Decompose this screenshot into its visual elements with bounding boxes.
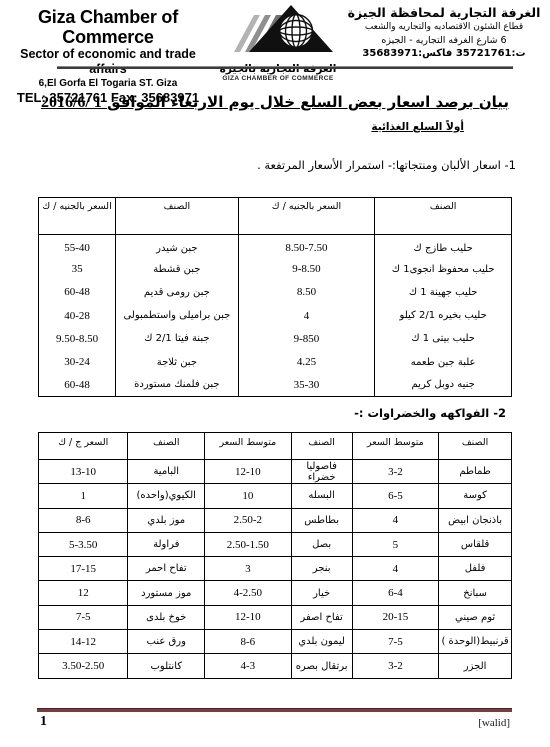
price-cell: 2.50-2	[205, 508, 292, 532]
column-header-avg-price: متوسط السعر	[205, 433, 292, 460]
item-cell: جبن ثلاجة	[116, 350, 239, 373]
item-cell: طماطم	[439, 460, 512, 484]
item-cell: ورق عنب	[128, 630, 205, 654]
item-cell: جبن براميلى واستطمبولى	[116, 304, 239, 327]
price-cell: 12-10	[205, 605, 292, 629]
table-row: قلقاس5بصل2.50-1.50فراولة5-3.50	[39, 532, 512, 556]
page-number: 1	[40, 714, 47, 730]
item-cell: حليب محفوظ انجوى1 ك	[375, 258, 512, 281]
price-cell: 12	[39, 581, 128, 605]
item-cell: فراولة	[128, 532, 205, 556]
table-row: حليب محفوظ انجوى1 ك9-8.50جبن قشطة35	[39, 258, 512, 281]
price-cell: 3-2	[352, 654, 439, 678]
logo-block: الغرفة التجارية بالجيزة GIZA CHAMBER OF …	[208, 2, 348, 82]
item-cell: جبن شيدر	[116, 235, 239, 258]
column-header-avg-price: متوسط السعر	[352, 433, 439, 460]
table-row: قرنبيط(الوحدة )7-5ليمون بلدي8-6ورق عنب14…	[39, 630, 512, 654]
item-cell: خيار	[291, 581, 352, 605]
item-cell: حليب طازج ك	[375, 235, 512, 258]
title-text: بيان برصد اسعار بعض السلع خلال يوم الارب…	[107, 93, 509, 111]
column-header-price-kg: السعر ج / ك	[39, 433, 128, 460]
document-title: بيان برصد اسعار بعض السلع خلال يوم الارب…	[0, 93, 550, 112]
price-cell: 4.25	[238, 350, 375, 373]
price-cell: 5	[352, 532, 439, 556]
price-cell: 4-3	[205, 654, 292, 678]
dairy-prices-table: الصنف السعر بالجنيه / ك الصنف السعر بالج…	[38, 197, 512, 397]
org-name-arabic: الغرفة التجارية لمحافظة الجيزة	[344, 5, 544, 21]
price-cell: 6-5	[352, 484, 439, 508]
price-cell: 12-10	[205, 460, 292, 484]
item-cell: فلفل	[439, 557, 512, 581]
table-row: حليب بيتى 1 ك9-850جبنة فيتا 2/1 ك9.50-8.…	[39, 327, 512, 350]
table-header-row: الصنف السعر بالجنيه / ك الصنف السعر بالج…	[39, 198, 512, 235]
section1-heading: 1- اسعار الألبان ومنتجاتها:- استمرار الأ…	[257, 158, 516, 172]
item-cell: بطاطس	[291, 508, 352, 532]
table-header-row: الصنف متوسط السعر الصنف متوسط السعر الصن…	[39, 433, 512, 460]
price-cell: 55-40	[39, 235, 116, 258]
item-cell: جنيه دوبل كريم	[375, 374, 512, 397]
item-cell: علبة جبن طعمه	[375, 350, 512, 373]
price-cell: 1	[39, 484, 128, 508]
footer-signature: [walid]	[478, 717, 510, 729]
item-cell: حليب بخيره 2/1 كيلو	[375, 304, 512, 327]
price-cell: 8.50	[238, 281, 375, 304]
item-cell: تفاح اصفر	[291, 605, 352, 629]
item-cell: جبن فلمنك مستوردة	[116, 374, 239, 397]
table-row: فلفل4بنجر3تفاح احمر17-15	[39, 557, 512, 581]
item-cell: ليمون بلدي	[291, 630, 352, 654]
item-cell: قرنبيط(الوحدة )	[439, 630, 512, 654]
item-cell: موز مستورد	[128, 581, 205, 605]
chamber-logo-icon	[212, 2, 344, 60]
item-cell: الكيوي(واحده)	[128, 484, 205, 508]
document-subtitle: أولاً السلع الغذائية	[371, 121, 464, 133]
logo-arabic-name: الغرفة التجارية بالجيزة	[208, 63, 348, 75]
table-row: باذنجان ابيض4بطاطس2.50-2موز بلدي8-6	[39, 508, 512, 532]
item-cell: جبنة فيتا 2/1 ك	[116, 327, 239, 350]
price-cell: 4	[352, 508, 439, 532]
item-cell: سبانخ	[439, 581, 512, 605]
price-cell: 8.50-7.50	[238, 235, 375, 258]
price-cell: 60-48	[39, 374, 116, 397]
item-cell: بصل	[291, 532, 352, 556]
header-english-block: Giza Chamber of Commerce Sector of econo…	[6, 7, 210, 106]
item-cell: كانتلوب	[128, 654, 205, 678]
title-date: 2016/6/ 1	[41, 94, 102, 111]
item-cell: تفاح احمر	[128, 557, 205, 581]
table-row: الجزر3-2برتقال بصره4-3كانتلوب3.50-2.50	[39, 654, 512, 678]
org-sector-arabic: قطاع الشئون الاقتصاديه والتجاريه والشعب	[344, 21, 544, 34]
price-cell: 5-3.50	[39, 532, 128, 556]
price-cell: 3-2	[352, 460, 439, 484]
org-sector-english: Sector of economic and trade affairs	[6, 47, 210, 77]
price-cell: 8-6	[39, 508, 128, 532]
document-page: Giza Chamber of Commerce Sector of econo…	[0, 0, 550, 747]
price-cell: 17-15	[39, 557, 128, 581]
price-cell: 4	[238, 304, 375, 327]
price-cell: 40-28	[39, 304, 116, 327]
table-row: كوسة6-5البسله10الكيوي(واحده)1	[39, 484, 512, 508]
column-header-item: الصنف	[116, 198, 239, 235]
footer-divider	[37, 708, 512, 712]
item-cell: موز بلدي	[128, 508, 205, 532]
table-row: ثوم صيني20-15تفاح اصفر12-10خوخ بلدى7-5	[39, 605, 512, 629]
table-row: حليب جهينة 1 ك8.50جبن رومى قديم60-48	[39, 281, 512, 304]
price-cell: 10	[205, 484, 292, 508]
item-cell: حليب بيتى 1 ك	[375, 327, 512, 350]
price-cell: 4-2.50	[205, 581, 292, 605]
price-cell: 14-12	[39, 630, 128, 654]
item-cell: قلقاس	[439, 532, 512, 556]
price-cell: 3	[205, 557, 292, 581]
price-cell: 9-8.50	[238, 258, 375, 281]
price-cell: 30-24	[39, 350, 116, 373]
org-phone-arabic: ت:35721761 فاكس:35683971	[344, 47, 544, 61]
org-address-arabic: 6 شارع الغرفه التجاريه - الجيزه	[344, 34, 544, 47]
table-row: علبة جبن طعمه4.25جبن ثلاجة30-24	[39, 350, 512, 373]
table-row: حليب بخيره 2/1 كيلو4جبن براميلى واستطمبو…	[39, 304, 512, 327]
item-cell: برتقال بصره	[291, 654, 352, 678]
price-cell: 13-10	[39, 460, 128, 484]
table-row: طماطم3-2فاصوليا خضراء12-10البامية13-10	[39, 460, 512, 484]
price-cell: 20-15	[352, 605, 439, 629]
column-header-item: الصنف	[375, 198, 512, 235]
item-cell: البامية	[128, 460, 205, 484]
price-cell: 9.50-8.50	[39, 327, 116, 350]
item-cell: البسله	[291, 484, 352, 508]
price-cell: 6-4	[352, 581, 439, 605]
price-cell: 4	[352, 557, 439, 581]
header-divider	[57, 66, 513, 69]
item-cell: الجزر	[439, 654, 512, 678]
table-row: حليب طازج ك8.50-7.50جبن شيدر55-40	[39, 235, 512, 258]
column-header-price: السعر بالجنيه / ك	[39, 198, 116, 235]
price-cell: 35	[39, 258, 116, 281]
price-cell: 60-48	[39, 281, 116, 304]
column-header-item: الصنف	[291, 433, 352, 460]
item-cell: بنجر	[291, 557, 352, 581]
price-cell: 9-850	[238, 327, 375, 350]
item-cell: كوسة	[439, 484, 512, 508]
item-cell: ثوم صيني	[439, 605, 512, 629]
price-cell: 2.50-1.50	[205, 532, 292, 556]
price-cell: 7-5	[352, 630, 439, 654]
org-name-english: Giza Chamber of Commerce	[6, 7, 210, 47]
column-header-item: الصنف	[439, 433, 512, 460]
price-cell: 35-30	[238, 374, 375, 397]
section2-heading: 2- الفواكهه والخضراوات :-	[354, 406, 506, 420]
org-address-english: 6,El Gorfa El Togaria ST. Giza	[6, 77, 210, 90]
column-header-price: السعر بالجنيه / ك	[238, 198, 375, 235]
header-arabic-block: الغرفة التجارية لمحافظة الجيزة قطاع الشئ…	[344, 5, 544, 61]
price-cell: 3.50-2.50	[39, 654, 128, 678]
price-cell: 7-5	[39, 605, 128, 629]
item-cell: جبن رومى قديم	[116, 281, 239, 304]
column-header-item: الصنف	[128, 433, 205, 460]
item-cell: جبن قشطة	[116, 258, 239, 281]
item-cell: خوخ بلدى	[128, 605, 205, 629]
fruits-vegetables-prices-table: الصنف متوسط السعر الصنف متوسط السعر الصن…	[38, 432, 512, 679]
logo-english-name: GIZA CHAMBER OF COMMERCE	[208, 75, 348, 82]
item-cell: حليب جهينة 1 ك	[375, 281, 512, 304]
table-row: جنيه دوبل كريم35-30جبن فلمنك مستوردة60-4…	[39, 374, 512, 397]
item-cell: فاصوليا خضراء	[291, 460, 352, 484]
price-cell: 8-6	[205, 630, 292, 654]
table-row: سبانخ6-4خيار4-2.50موز مستورد12	[39, 581, 512, 605]
item-cell: باذنجان ابيض	[439, 508, 512, 532]
